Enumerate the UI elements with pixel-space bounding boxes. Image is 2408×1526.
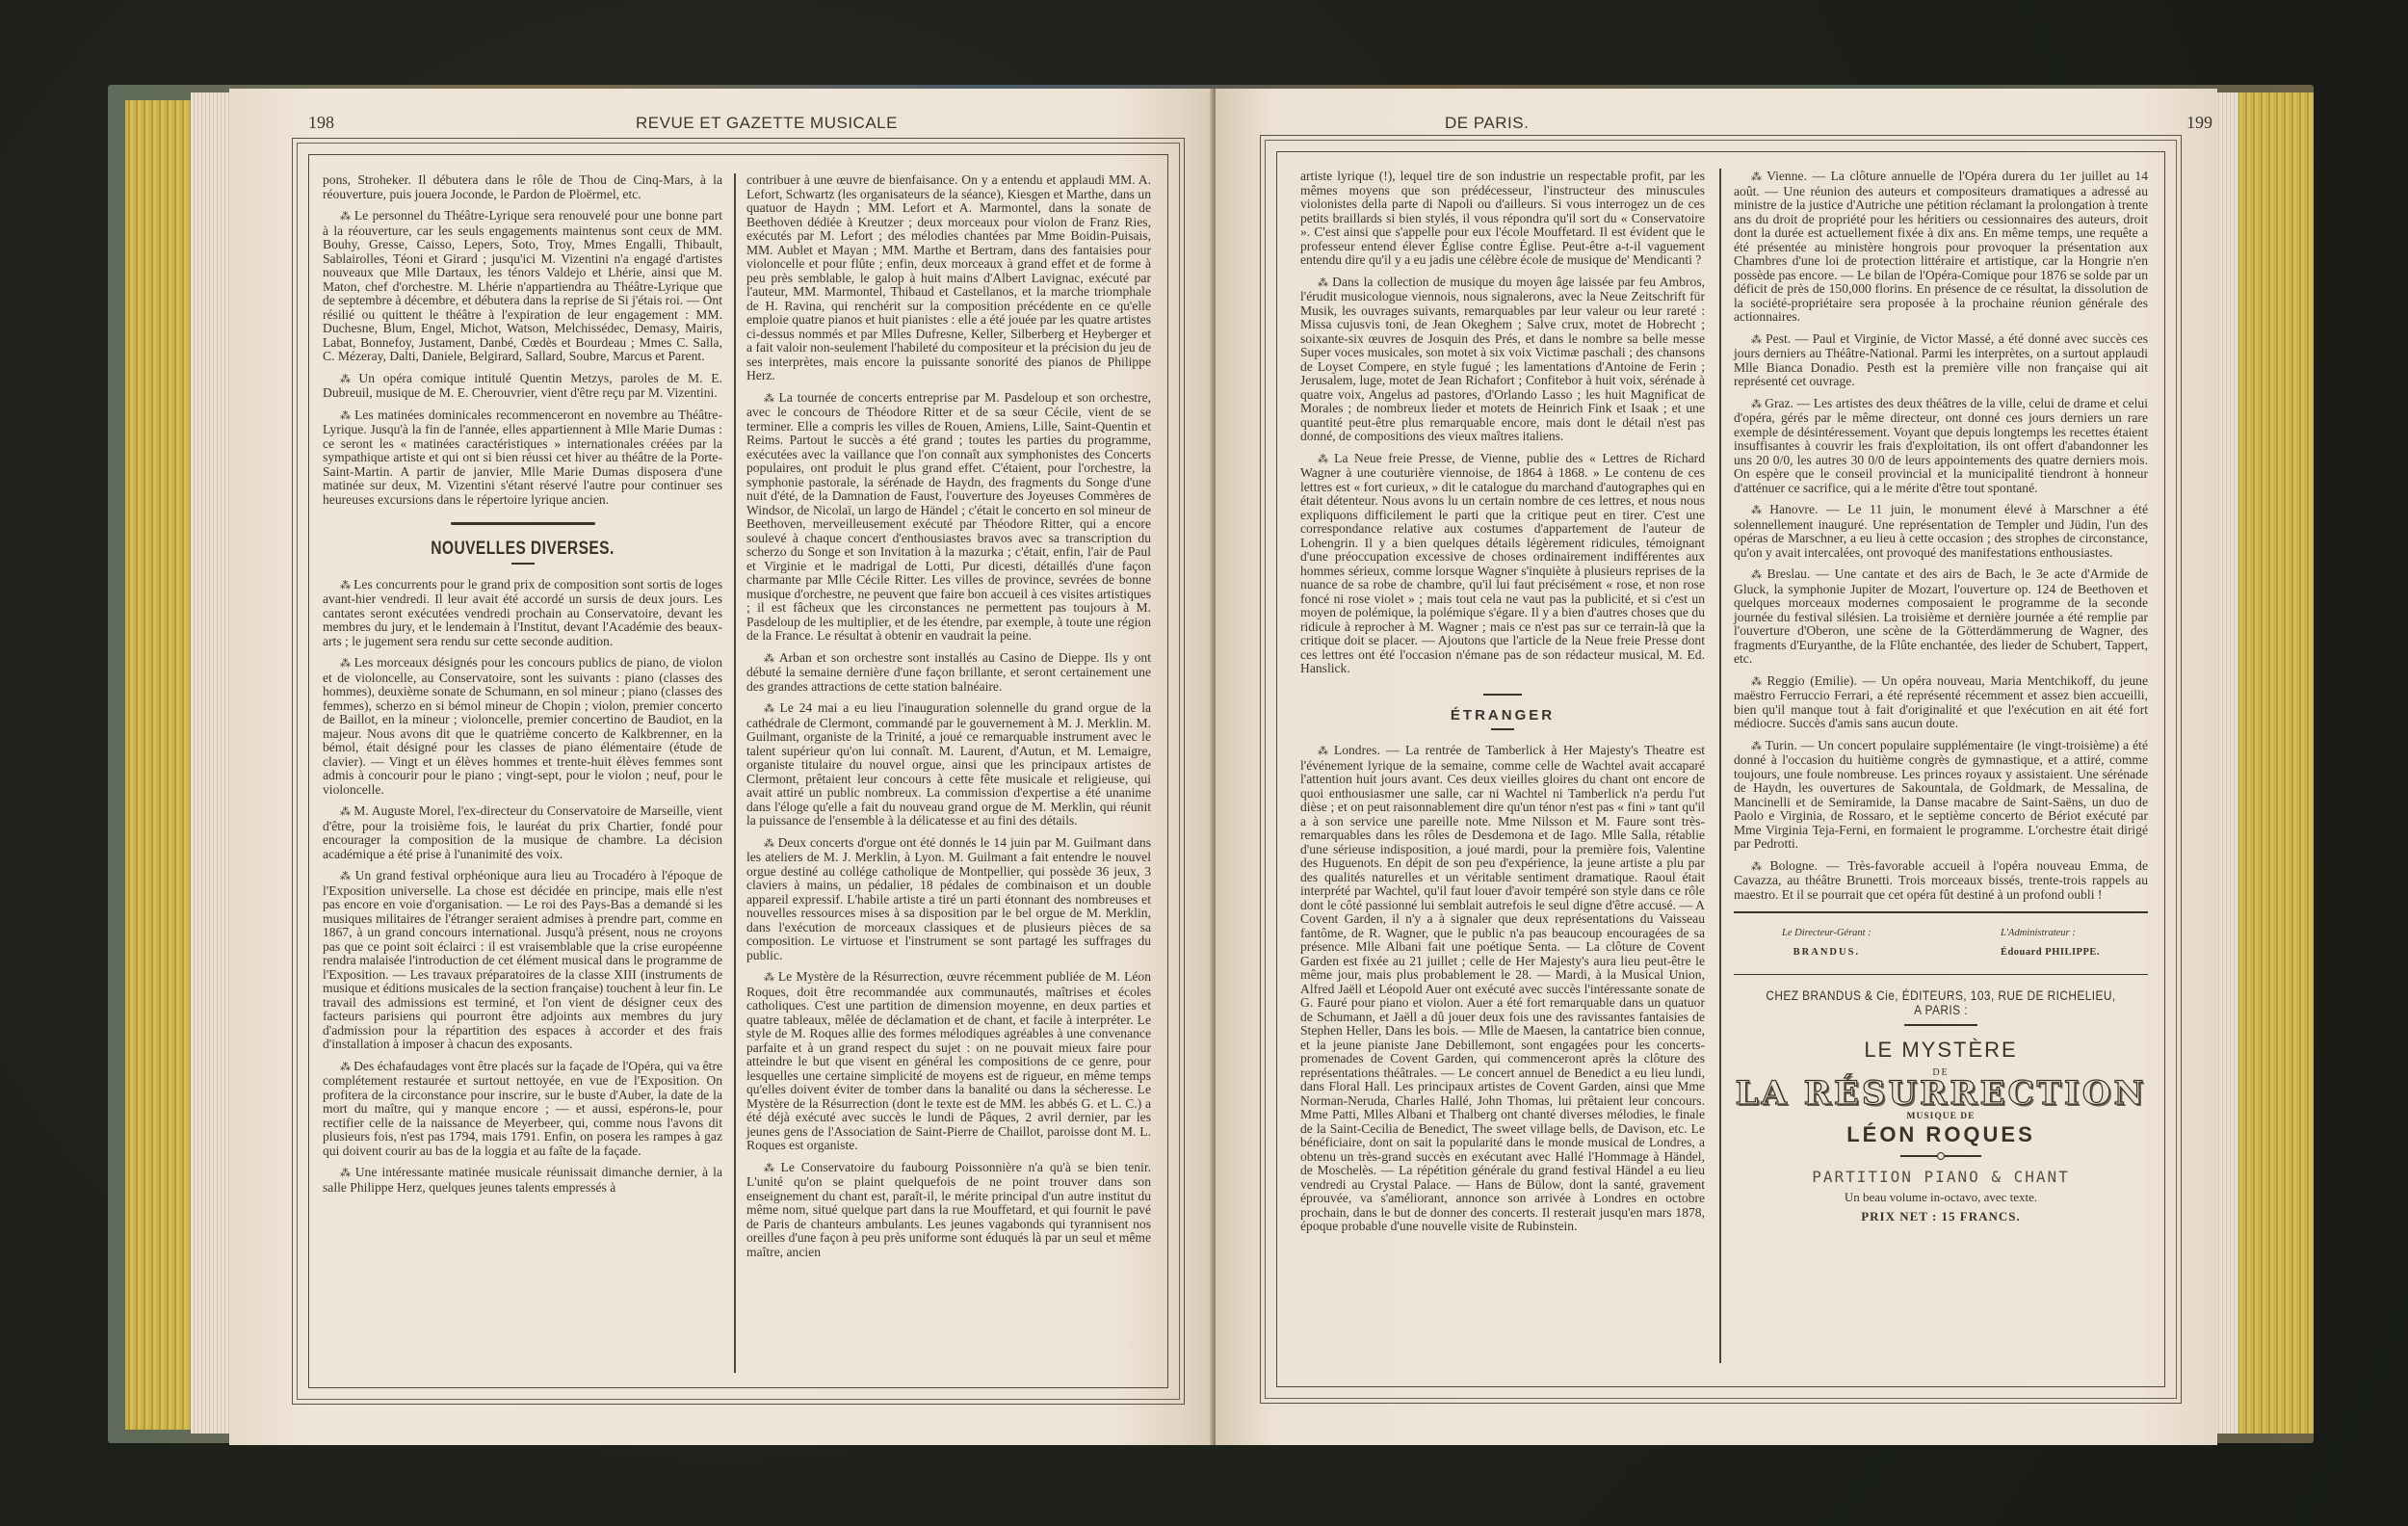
signature-rule-top: [1734, 911, 2148, 913]
paragraph: ⁂Un grand festival orphéonique aura lieu…: [323, 869, 722, 1052]
paragraph: ⁂Un opéra comique intitulé Quentin Metzy…: [323, 372, 722, 401]
asterism-icon: ⁂: [764, 1163, 777, 1174]
paragraph: ⁂Le Conservatoire du faubourg Poissonniè…: [746, 1161, 1151, 1260]
asterism-icon: ⁂: [340, 410, 351, 422]
asterism-icon: ⁂: [1751, 569, 1763, 581]
paragraph: ⁂La Neue freie Presse, de Vienne, publie…: [1300, 452, 1705, 676]
signature-block: Le Directeur-Gérant : BRANDUS. L'Adminis…: [1734, 923, 2148, 964]
page-number-left: 198: [308, 113, 334, 133]
paragraph: artiste lyrique (!), lequel tire de son …: [1300, 170, 1705, 268]
asterism-icon: ⁂: [764, 838, 774, 850]
running-head-left: REVUE ET GAZETTE MUSICALE: [636, 114, 898, 133]
page-number-right: 199: [2186, 113, 2212, 133]
asterism-icon: ⁂: [1318, 746, 1330, 757]
paragraph: ⁂Pest. — Paul et Virginie, de Victor Mas…: [1734, 332, 2148, 389]
section-rule: [1483, 694, 1522, 696]
paragraph: ⁂Des échafaudages vont être placés sur l…: [323, 1060, 722, 1159]
asterism-icon: ⁂: [340, 658, 351, 670]
ad-format: PARTITION PIANO & CHANT: [1734, 1171, 2148, 1185]
column-divider-right: [1719, 169, 1721, 1363]
ad-title-line2: LA RÉSURRECTION: [1734, 1087, 2148, 1101]
ornament-divider-icon: [1900, 1155, 1981, 1157]
ad-publisher: CHEZ BRANDUS & Cie, ÉDITEURS, 103, RUE D…: [1765, 988, 2117, 1016]
paragraph: ⁂Turin. — Un concert populaire supplémen…: [1734, 739, 2148, 852]
asterism-icon: ⁂: [764, 703, 775, 715]
paragraph: ⁂Le Mystère de la Résurrection, œuvre ré…: [746, 970, 1151, 1153]
ad-description: Un beau volume in-octavo, avec texte.: [1734, 1191, 2148, 1205]
asterism-icon: ⁂: [764, 393, 775, 405]
asterism-icon: ⁂: [340, 580, 350, 592]
asterism-icon: ⁂: [340, 806, 350, 818]
asterism-icon: ⁂: [1318, 277, 1328, 289]
ad-price: PRIX NET : 15 FRANCS.: [1734, 1210, 2148, 1224]
paragraph: ⁂Le personnel du Théâtre-Lyrique sera re…: [323, 209, 722, 364]
section-rule: [451, 522, 595, 525]
gilt-page-edge-right: [2235, 92, 2314, 1434]
advertisement: CHEZ BRANDUS & Cie, ÉDITEURS, 103, RUE D…: [1734, 988, 2148, 1224]
page-stack-left: [191, 92, 231, 1434]
paragraph: ⁂Dans la collection de musique du moyen …: [1300, 276, 1705, 444]
paragraph: ⁂Les concurrents pour le grand prix de c…: [323, 578, 722, 649]
paragraph: pons, Stroheker. Il débutera dans le rôl…: [323, 173, 722, 201]
left-page-column-1: pons, Stroheker. Il débutera dans le rôl…: [323, 173, 722, 1202]
asterism-icon: ⁂: [340, 374, 354, 385]
paragraph: ⁂Bologne. — Très-favorable accueil à l'o…: [1734, 859, 2148, 903]
asterism-icon: ⁂: [1751, 861, 1767, 873]
signature-label: Le Directeur-Gérant :: [1782, 927, 1871, 941]
ad-title-line1: LE MYSTÈRE: [1734, 1043, 2148, 1058]
paragraph: ⁂Vienne. — La clôture annuelle de l'Opér…: [1734, 170, 2148, 325]
title-dash: [1491, 728, 1514, 730]
asterism-icon: ⁂: [1751, 334, 1762, 346]
signature-label: L'Administrateur :: [2001, 927, 2100, 941]
left-page-column-2: contribuer à une œuvre de bienfaisance. …: [746, 173, 1151, 1267]
asterism-icon: ⁂: [764, 653, 775, 665]
paragraph: ⁂Une intéressante matinée musicale réuni…: [323, 1166, 722, 1195]
paragraph: ⁂Reggio (Emilie). — Un opéra nouveau, Ma…: [1734, 674, 2148, 731]
paragraph: ⁂M. Auguste Morel, l'ex-directeur du Con…: [323, 804, 722, 861]
paragraph: ⁂Les morceaux désignés pour les concours…: [323, 656, 722, 797]
ad-composer: LÉON ROQUES: [1734, 1128, 2148, 1143]
asterism-icon: ⁂: [1751, 741, 1762, 752]
asterism-icon: ⁂: [1751, 676, 1763, 688]
paragraph: ⁂Breslau. — Une cantate et des airs de B…: [1734, 567, 2148, 667]
right-page-column-1: artiste lyrique (!), lequel tire de son …: [1300, 170, 1705, 1242]
running-head-right: DE PARIS.: [1445, 114, 1529, 133]
paragraph: ⁂La tournée de concerts entreprise par M…: [746, 391, 1151, 644]
asterism-icon: ⁂: [1318, 454, 1330, 465]
asterism-icon: ⁂: [340, 211, 351, 223]
section-title-etranger: ÉTRANGER: [1300, 709, 1705, 724]
page-stack-right: [2215, 92, 2238, 1434]
signature-name: BRANDUS.: [1782, 946, 1871, 960]
section-title-nouvelles-diverses: NOUVELLES DIVERSES.: [358, 542, 686, 557]
asterism-icon: ⁂: [1751, 399, 1761, 410]
asterism-icon: ⁂: [764, 972, 774, 984]
right-page-column-2: ⁂Vienne. — La clôture annuelle de l'Opér…: [1734, 170, 2148, 1230]
signature-rule-bottom: [1734, 974, 2148, 976]
asterism-icon: ⁂: [340, 871, 352, 882]
column-divider-left: [734, 173, 736, 1373]
paragraph: ⁂Hanovre. — Le 11 juin, le monument élev…: [1734, 503, 2148, 560]
signature-administrator: L'Administrateur : Édouard PHILIPPE.: [2001, 927, 2100, 960]
paragraph: ⁂Le 24 mai a eu lieu l'inauguration sole…: [746, 701, 1151, 829]
asterism-icon: ⁂: [1751, 505, 1766, 516]
asterism-icon: ⁂: [1751, 171, 1763, 183]
signature-name: Édouard PHILIPPE.: [2001, 946, 2100, 960]
paragraph: ⁂Les matinées dominicales recommenceront…: [323, 408, 722, 508]
ad-rule: [1904, 1024, 1977, 1026]
paragraph: ⁂Arban et son orchestre sont installés a…: [746, 651, 1151, 695]
paragraph: ⁂Londres. — La rentrée de Tamberlick à H…: [1300, 744, 1705, 1234]
paragraph: ⁂Deux concerts d'orgue ont été donnés le…: [746, 836, 1151, 963]
paragraph: ⁂Graz. — Les artistes des deux théâtres …: [1734, 397, 2148, 496]
asterism-icon: ⁂: [340, 1062, 350, 1073]
paragraph: contribuer à une œuvre de bienfaisance. …: [746, 173, 1151, 383]
title-dash: [511, 563, 535, 565]
signature-director: Le Directeur-Gérant : BRANDUS.: [1782, 927, 1871, 960]
asterism-icon: ⁂: [340, 1168, 352, 1179]
